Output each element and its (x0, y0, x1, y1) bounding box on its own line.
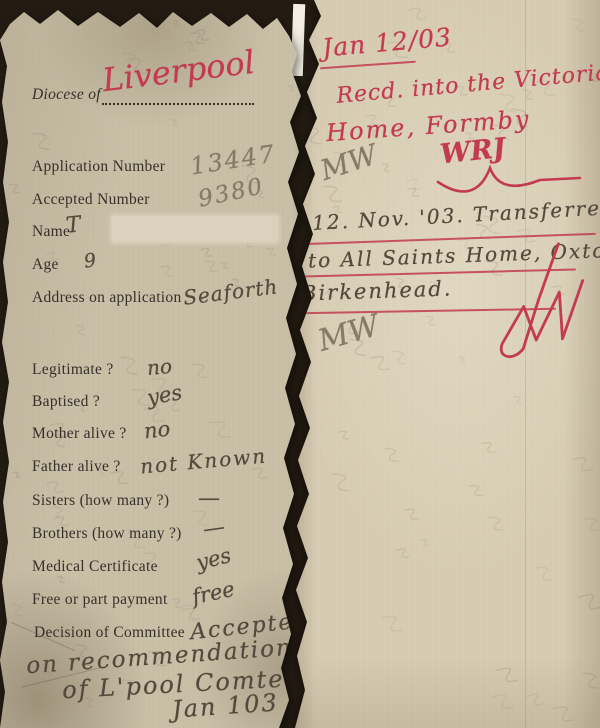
scanned-document: Diocese of Liverpool Application Number … (0, 0, 600, 728)
received-date-handwritten: Jan 12/03 (321, 22, 453, 62)
initials-pencil: MW (314, 308, 383, 359)
right-page-wrap: Jan 12/03 Recd. into the Victoria Home, … (0, 0, 600, 728)
transfer-note-line1: 12. Nov. '03. Transferred (312, 195, 600, 235)
right-page: Jan 12/03 Recd. into the Victoria Home, … (288, 0, 600, 728)
red-signature-flourish (428, 150, 588, 200)
red-underline (320, 61, 416, 70)
received-note-line1: Recd. into the Victoria (335, 60, 600, 109)
transfer-note-line3: Birkenhead. (301, 276, 453, 305)
red-scribble-mark (488, 238, 588, 370)
initials-pencil: MW (316, 138, 381, 187)
